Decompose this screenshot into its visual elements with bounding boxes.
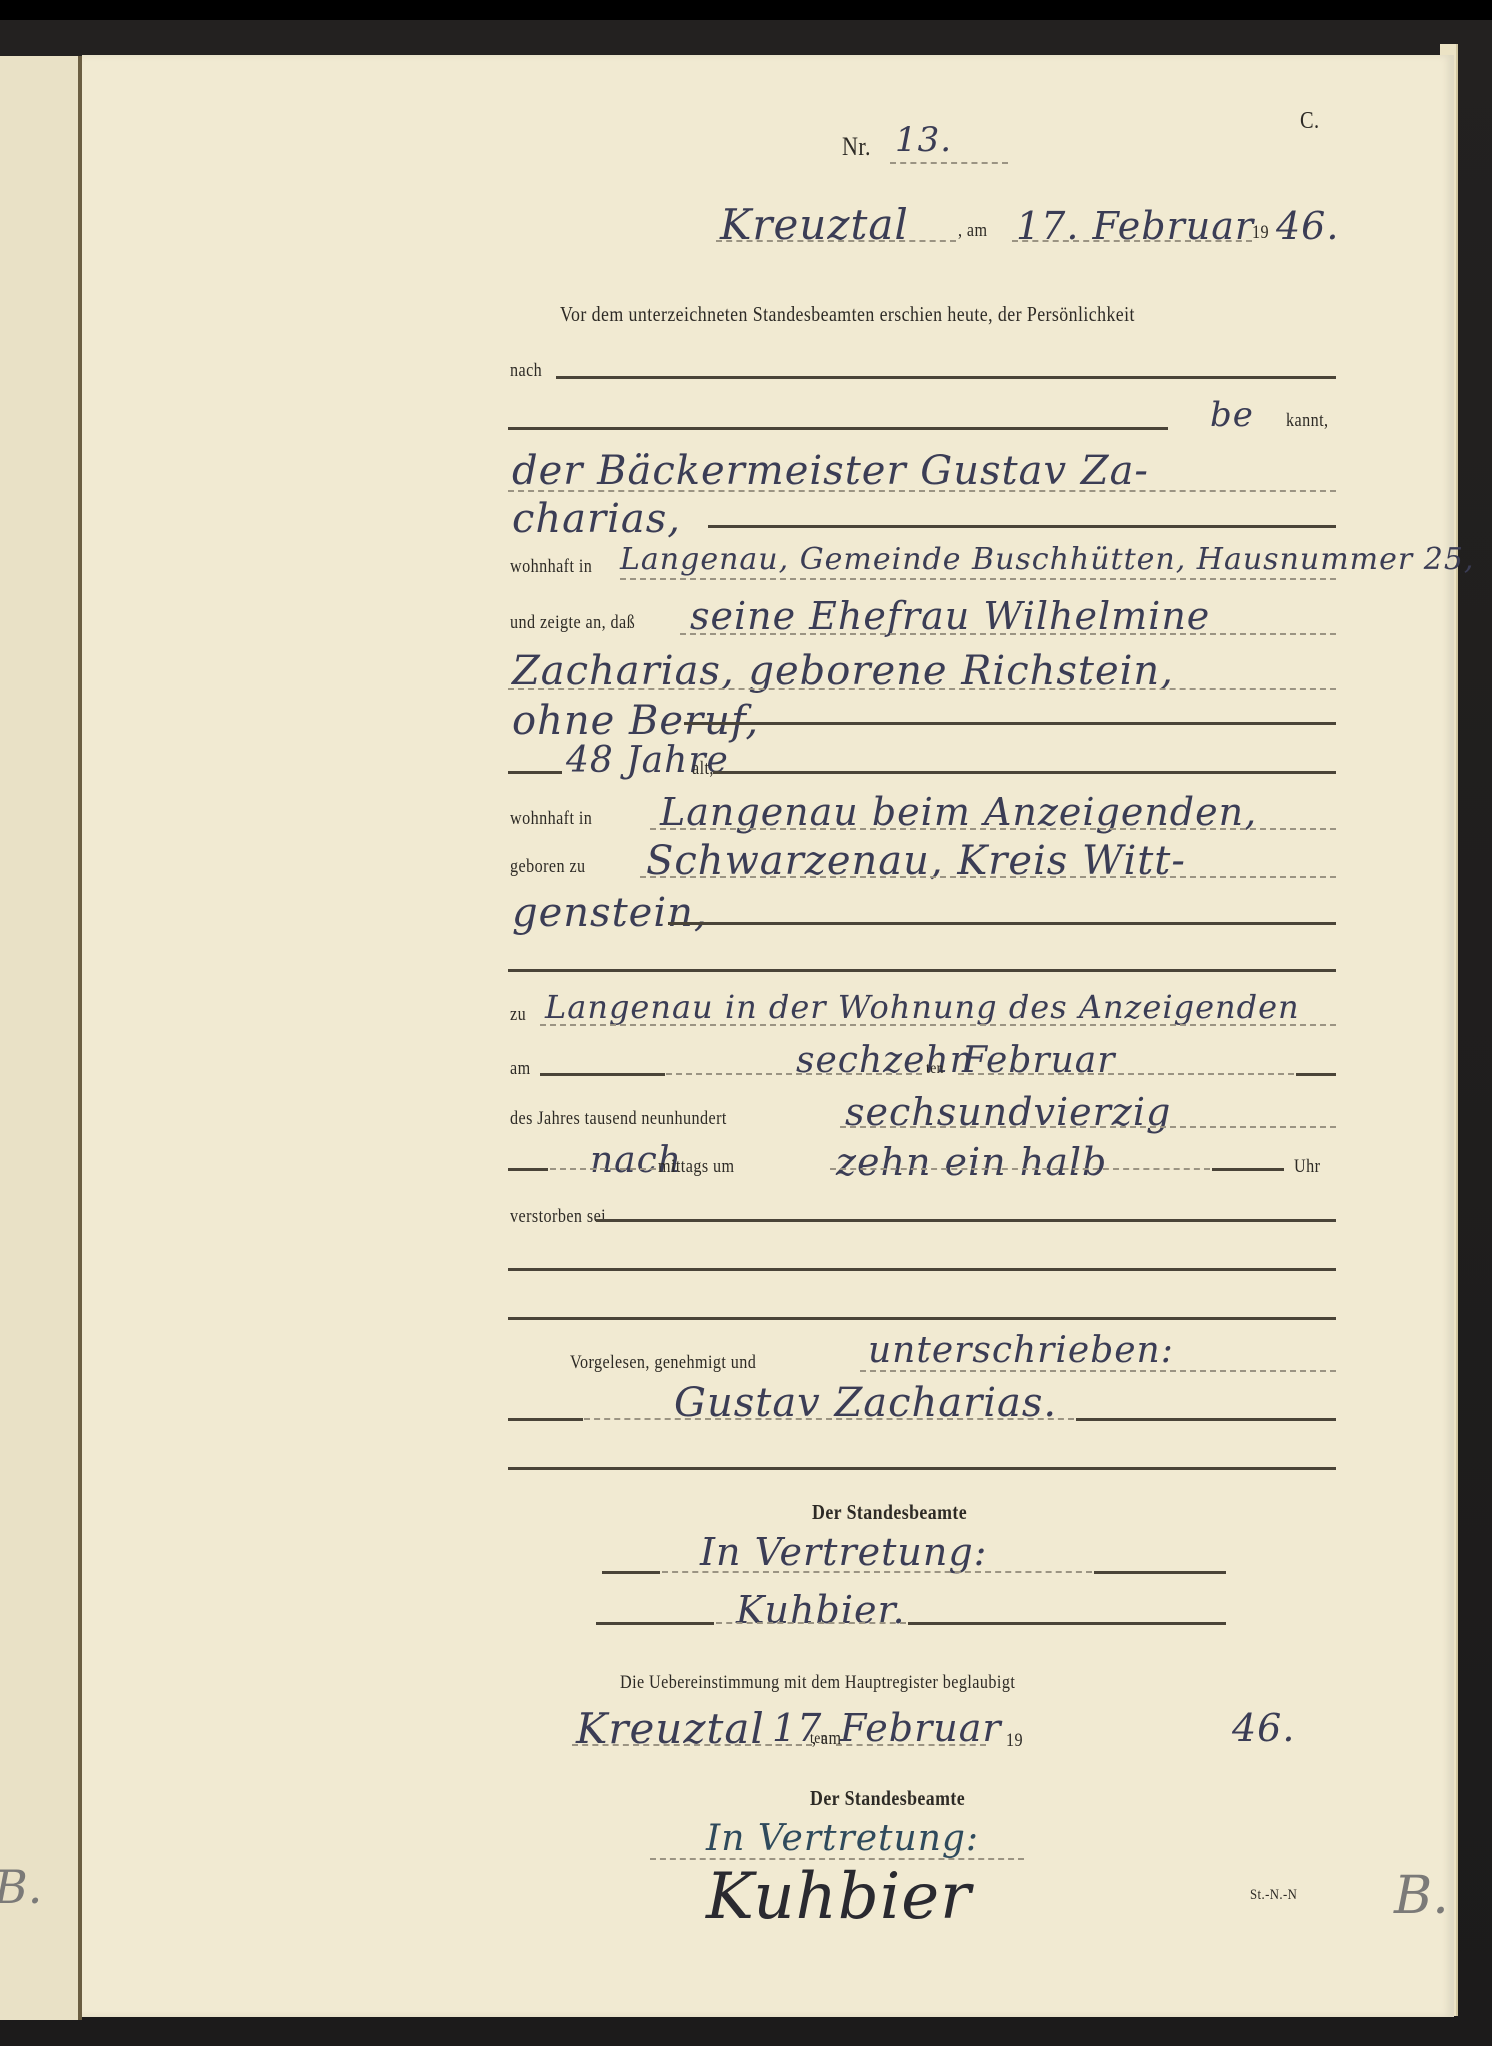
deceased-residence-label: wohnhaft in: [510, 808, 592, 830]
registrar-rule-2-right: [908, 1622, 1226, 1625]
registrar-line-1: In Vertretung:: [700, 1530, 987, 1574]
born-line-2-rule: [668, 922, 1336, 925]
age-rule-left: [508, 771, 562, 774]
registrar-rule-2-left: [596, 1622, 714, 1625]
pencil-mark-left: B.: [0, 1860, 42, 1914]
time-label: mittags um: [658, 1156, 734, 1178]
read-label: Vorgelesen, genehmigt und: [570, 1352, 756, 1374]
time-rule: [830, 1168, 1210, 1170]
cert-month-rule: [836, 1744, 986, 1746]
signature-rule-left: [508, 1418, 583, 1421]
place-line: [716, 240, 956, 242]
nach-line: [556, 376, 1336, 379]
died-label: verstorben sei: [510, 1206, 606, 1228]
deceased-line-3: ohne Beruf,: [512, 698, 759, 744]
cert-day-rule: [766, 1744, 802, 1746]
blank-rule: [508, 969, 1336, 972]
year-label: des Jahres tausend neunhundert: [510, 1108, 727, 1130]
informant-line-1-rule: [508, 490, 1336, 492]
window-title-bar: /Abt_Ostwestfalen-Lippe/P6/P6-19/~013/P6…: [0, 0, 1492, 20]
blank-rule-2: [508, 1268, 1336, 1271]
number-label: Nr.: [842, 132, 871, 162]
time-rule-end: [1212, 1168, 1284, 1171]
cert-year-suffix: 46.: [1232, 1706, 1295, 1750]
blank-rule-3: [508, 1317, 1336, 1320]
cert-signature: Kuhbier: [706, 1860, 972, 1934]
death-day-label: am: [510, 1058, 531, 1080]
bekannt-hand: be: [1210, 395, 1254, 435]
residence-value: Langenau, Gemeinde Buschhütten, Hausnumm…: [620, 542, 1474, 577]
registrar-line-2-rule: [716, 1622, 906, 1624]
corner-mark: C.: [1300, 108, 1320, 135]
declared-label: und zeigte an, daß: [510, 612, 635, 634]
year-rule: [840, 1126, 1336, 1128]
registrar-title: Der Standesbeamte: [812, 1500, 967, 1525]
informant-line-1: der Bäckermeister Gustav Za-: [512, 448, 1149, 494]
death-day-rule: [666, 1073, 922, 1075]
uhr-label: Uhr: [1294, 1156, 1320, 1178]
signature-rule: [584, 1418, 1074, 1420]
am-label: , am: [958, 220, 988, 242]
pencil-mark-right: B.: [1394, 1866, 1449, 1926]
death-month-rule-end: [1296, 1073, 1336, 1076]
date-line: [1012, 240, 1252, 242]
number-value: 13.: [895, 120, 952, 160]
death-place-value: Langenau in der Wohnung des Anzeigenden: [545, 988, 1300, 1026]
deceased-residence-rule: [650, 828, 1336, 830]
year-suffix: 46.: [1276, 204, 1339, 248]
time-prefix-rule: [550, 1168, 656, 1170]
died-rule: [596, 1219, 1336, 1222]
death-place-rule: [540, 1024, 1336, 1026]
intro-text: Vor dem unterzeichneten Standesbeamten e…: [560, 302, 1135, 327]
cert-year-prefix: 19: [1006, 1730, 1023, 1752]
time-rule-left: [508, 1168, 548, 1171]
death-month-rule: [958, 1073, 1294, 1075]
deceased-line-3-rule: [684, 722, 1336, 725]
death-place-label: zu: [510, 1004, 526, 1026]
bekannt-line: [508, 427, 1168, 430]
nach-label: nach: [510, 360, 542, 382]
form-code: St.-N.-N: [1250, 1887, 1297, 1904]
born-line-1-rule: [640, 876, 1336, 878]
bekannt-label: kannt,: [1286, 410, 1328, 432]
cert-day-suffix: ten: [810, 1730, 828, 1748]
cert-registrar-title: Der Standesbeamte: [810, 1786, 965, 1811]
registrar-rule-left: [602, 1571, 660, 1574]
number-line: [890, 162, 1008, 164]
residence-label: wohnhaft in: [510, 556, 592, 578]
read-value: unterschrieben:: [868, 1330, 1174, 1371]
year-prefix: 19: [1252, 222, 1269, 244]
deceased-line-2-rule: [508, 688, 1336, 690]
informant-line-2-rule: [708, 525, 1336, 528]
age-label: alt,: [692, 758, 714, 780]
registrar-rule-right: [1094, 1571, 1226, 1574]
age-rule-right: [713, 771, 1336, 774]
blank-rule-4: [508, 1467, 1336, 1470]
deceased-line-1: seine Ehefrau Wilhelmine: [690, 594, 1210, 638]
signature-rule-right: [1076, 1418, 1336, 1421]
residence-rule: [620, 578, 1336, 580]
death-day-suffix: ten: [926, 1060, 944, 1078]
cert-registrar-line-1: In Vertretung:: [706, 1818, 979, 1859]
read-rule: [860, 1370, 1336, 1372]
registrar-line-2: Kuhbier.: [736, 1588, 906, 1632]
informant-line-2: charias,: [512, 496, 681, 542]
certification-text: Die Uebereinstimmung mit dem Hauptregist…: [620, 1672, 1015, 1694]
deceased-line-1-rule: [680, 633, 1336, 635]
born-line-2: genstein,: [512, 890, 708, 936]
registrar-line-1-rule: [662, 1571, 1092, 1573]
left-page-edge: [0, 56, 80, 2020]
death-day-rule-left: [540, 1073, 665, 1076]
time-value: zehn ein halb: [836, 1140, 1107, 1184]
born-label: geboren zu: [510, 856, 586, 878]
